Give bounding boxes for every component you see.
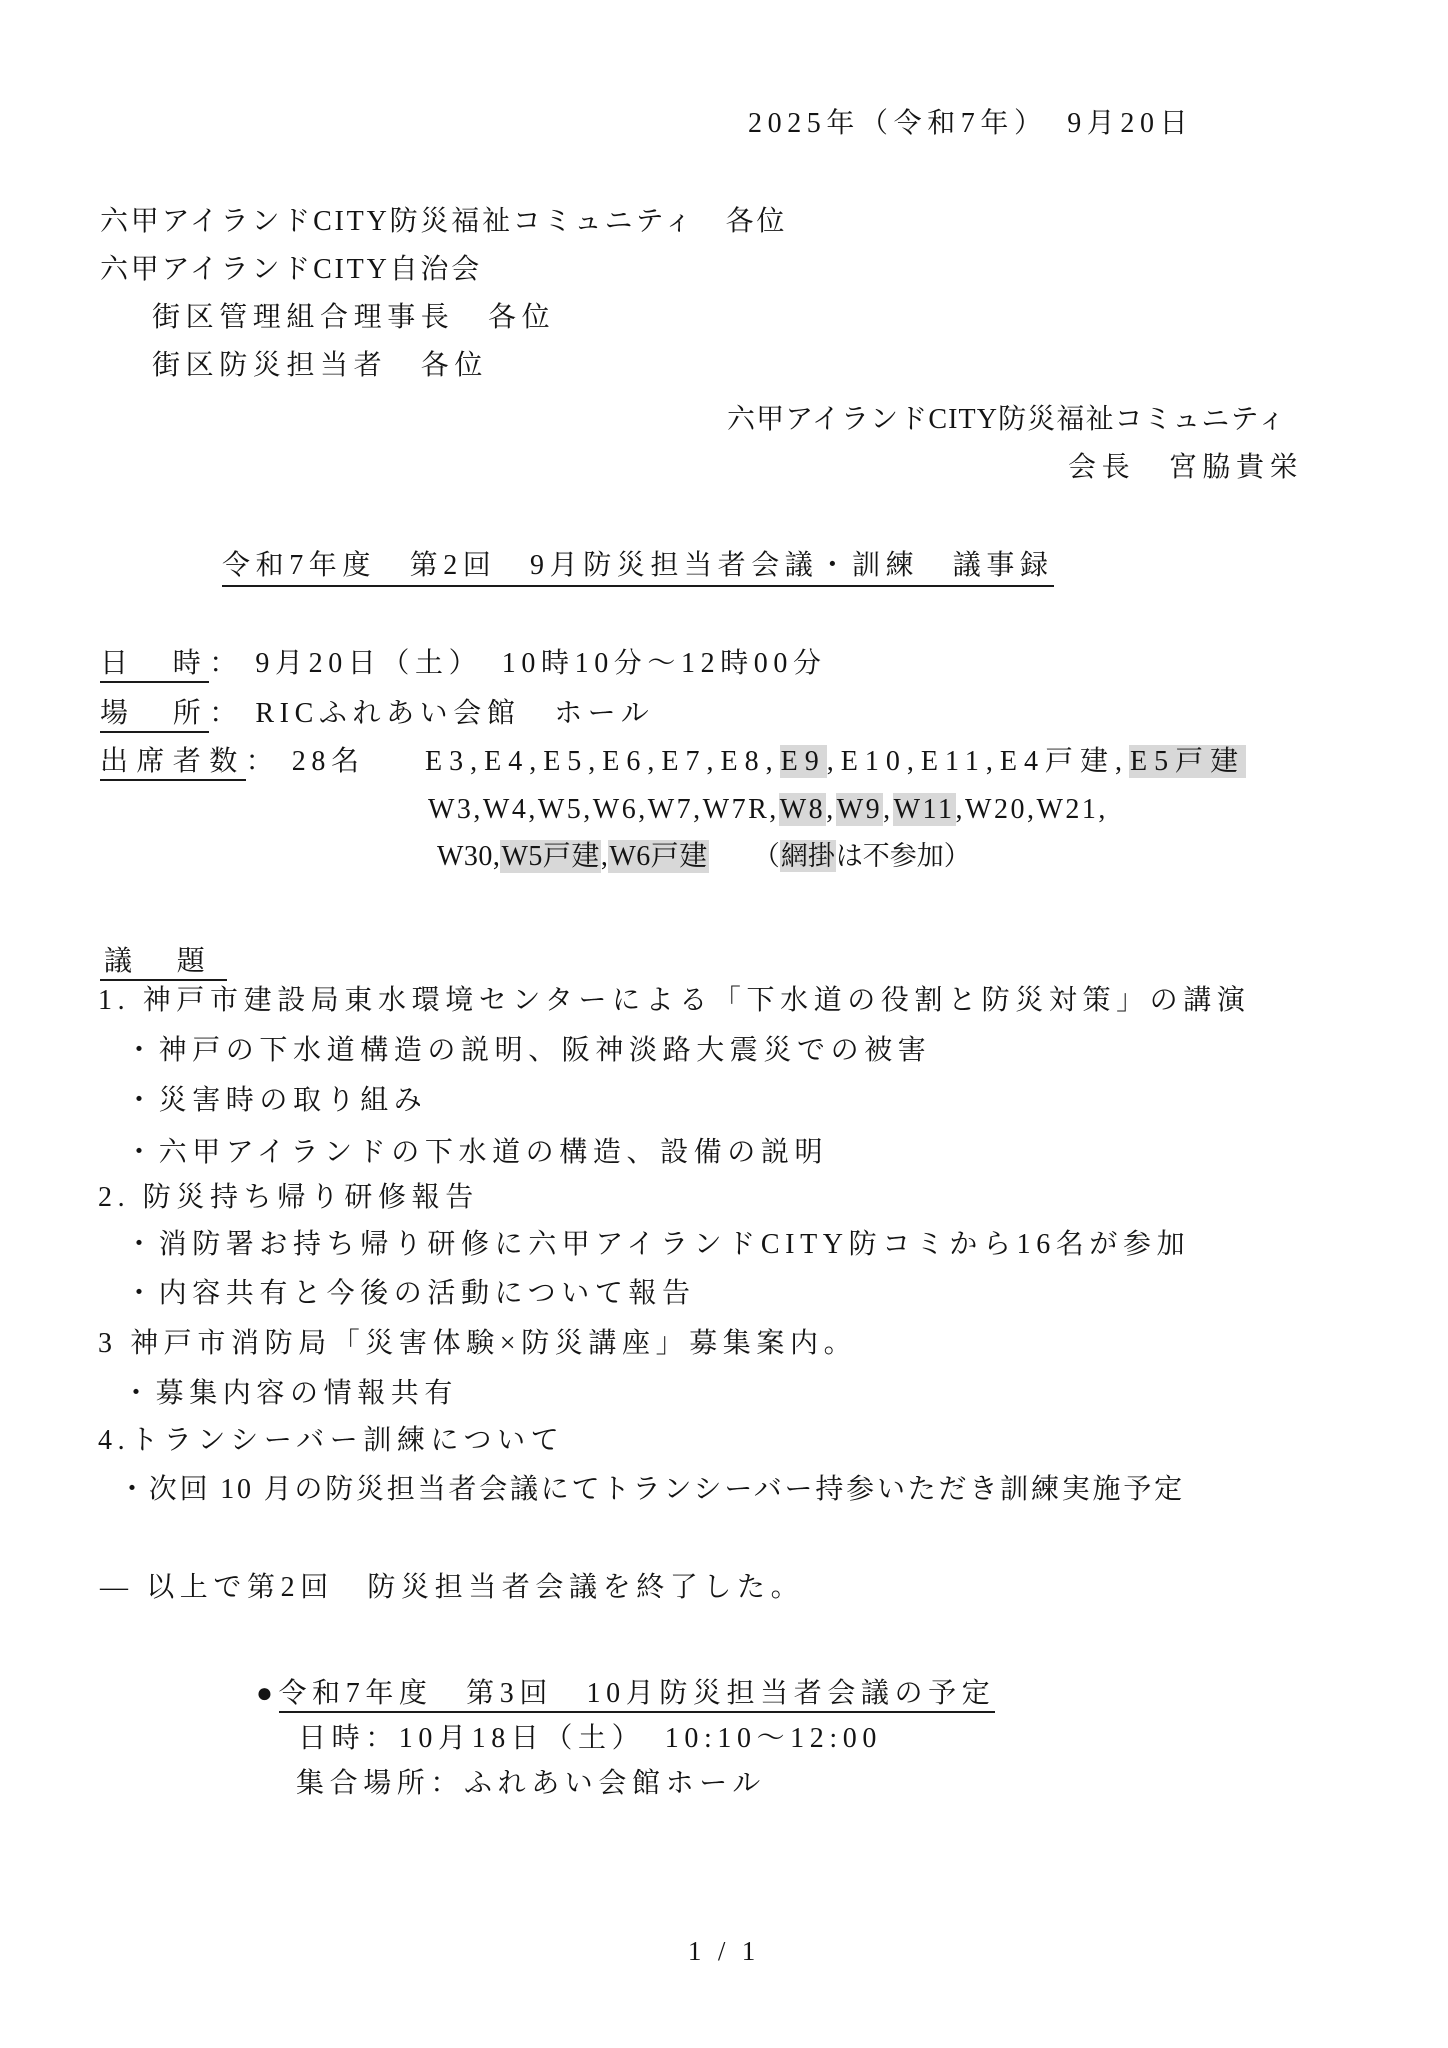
meta-place-label: 場 所 — [100, 698, 209, 733]
next-meeting-datetime: 日時：10月18日（土） 10:10～12:00 — [298, 1721, 882, 1756]
agenda-sub-item: ・神戸の下水道構造の説明、阪神淡路大震災での被害 — [125, 1033, 931, 1068]
document-title-line: 令和7年度 第2回 9月防災担当者会議・訓練 議事録 — [222, 548, 1054, 583]
note-highlighted-word: 網掛 — [780, 840, 836, 872]
shading-note: （網掛は不参加） — [753, 841, 971, 871]
next-meeting-place: 集合場所：ふれあい会館ホール — [296, 1766, 766, 1801]
attendee-list-line-3: W30,W5戸建,W6戸建（網掛は不参加） — [437, 839, 971, 874]
agenda-item-3: 3 神戸市消防局「災害体験×防災講座」募集案内。 — [98, 1326, 857, 1361]
meta-row-attendees: 出席者数： 28名 — [100, 744, 365, 779]
highlighted-attendee-e5-kodate: E5戸建 — [1129, 745, 1246, 778]
page-number: 1 / 1 — [0, 1936, 1448, 1967]
attendee-list-line-1: E3,E4,E5,E6,E7,E8,E9,E10,E11,E4戸建,E5戸建 — [425, 744, 1246, 779]
agenda-sub-item: ・災害時の取り組み — [125, 1083, 427, 1118]
meta-row-datetime: 日 時： 9月20日（土） 10時10分～12時00分 — [100, 646, 827, 681]
agenda-item-2: 2. 防災持ち帰り研修報告 — [98, 1180, 479, 1215]
attendee-segment: , — [826, 794, 836, 825]
agenda-sub-item: ・内容共有と今後の活動について報告 — [125, 1276, 696, 1311]
note-segment: （ — [753, 841, 780, 871]
note-segment: は不参加） — [836, 841, 971, 871]
attendee-segment: ,E10,E11,E4戸建, — [827, 746, 1129, 777]
highlighted-attendee-w11: W11 — [893, 793, 956, 826]
agenda-item-4: 4.トランシーバー訓練について — [98, 1423, 564, 1458]
bullet-icon: ● — [256, 1678, 279, 1709]
recipient-line-community: 六甲アイランドCITY防災福祉コミュニティ 各位 — [100, 204, 787, 239]
recipient-line-jichikai: 六甲アイランドCITY自治会 — [100, 252, 482, 287]
meta-attendees-count: ： 28名 — [246, 746, 365, 777]
sender-name: 会長 宮脇貴栄 — [1068, 450, 1303, 485]
recipient-line-bousai-tantousha: 街区防災担当者 各位 — [152, 348, 488, 383]
highlighted-attendee-w5-kodate: W5戸建 — [500, 840, 600, 873]
agenda-heading: 議 題 — [100, 946, 227, 981]
highlighted-attendee-w8: W8 — [779, 793, 826, 826]
attendee-segment: W30, — [437, 841, 500, 872]
agenda-item-1: 1. 神戸市建設局東水環境センターによる「下水道の役割と防災対策」の講演 — [98, 983, 1250, 1018]
minutes-document-page: 2025年（令和7年） 9月20日 六甲アイランドCITY防災福祉コミュニティ … — [0, 0, 1448, 2048]
highlighted-attendee-w9: W9 — [836, 793, 883, 826]
sender-org: 六甲アイランドCITY防災福祉コミュニティ — [727, 402, 1287, 437]
recipient-line-kanri-kumiai: 街区管理組合理事長 各位 — [152, 300, 555, 335]
attendee-list-line-2: W3,W4,W5,W6,W7,W7R,W8,W9,W11,W20,W21, — [428, 792, 1108, 827]
agenda-sub-item: ・募集内容の情報共有 — [122, 1376, 458, 1411]
meta-place-value: ： RICふれあい会館 ホール — [209, 698, 654, 729]
meta-attendees-label: 出席者数 — [100, 746, 246, 781]
page-title: 令和7年度 第2回 9月防災担当者会議・訓練 議事録 — [222, 550, 1054, 587]
meta-row-place: 場 所： RICふれあい会館 ホール — [100, 696, 654, 731]
highlighted-attendee-w6-kodate: W6戸建 — [608, 840, 708, 873]
agenda-sub-item: ・六甲アイランドの下水道の構造、設備の説明 — [125, 1135, 828, 1170]
meta-datetime-value: ： 9月20日（土） 10時10分～12時00分 — [209, 648, 826, 679]
meta-datetime-label: 日 時 — [100, 648, 209, 683]
next-meeting-title: 令和7年度 第3回 10月防災担当者会議の予定 — [279, 1678, 996, 1713]
closing-line: ― 以上で第2回 防災担当者会議を終了した。 — [100, 1570, 804, 1605]
agenda-sub-item: ・次回 10 月の防災担当者会議にてトランシーバー持参いただき訓練実施予定 — [118, 1472, 1185, 1507]
agenda-sub-item: ・消防署お持ち帰り研修に六甲アイランドCITY防コミから16名が参加 — [125, 1227, 1190, 1262]
attendee-segment: E3,E4,E5,E6,E7,E8, — [425, 746, 780, 777]
document-date: 2025年（令和7年） 9月20日 — [748, 106, 1193, 141]
attendee-segment: , — [883, 794, 893, 825]
agenda-heading-line: 議 題 — [100, 944, 227, 979]
next-meeting-title-line: ●令和7年度 第3回 10月防災担当者会議の予定 — [256, 1676, 995, 1711]
highlighted-attendee-e9: E9 — [780, 745, 827, 778]
attendee-segment: W3,W4,W5,W6,W7,W7R, — [428, 794, 779, 825]
attendee-segment: ,W20,W21, — [956, 794, 1108, 825]
